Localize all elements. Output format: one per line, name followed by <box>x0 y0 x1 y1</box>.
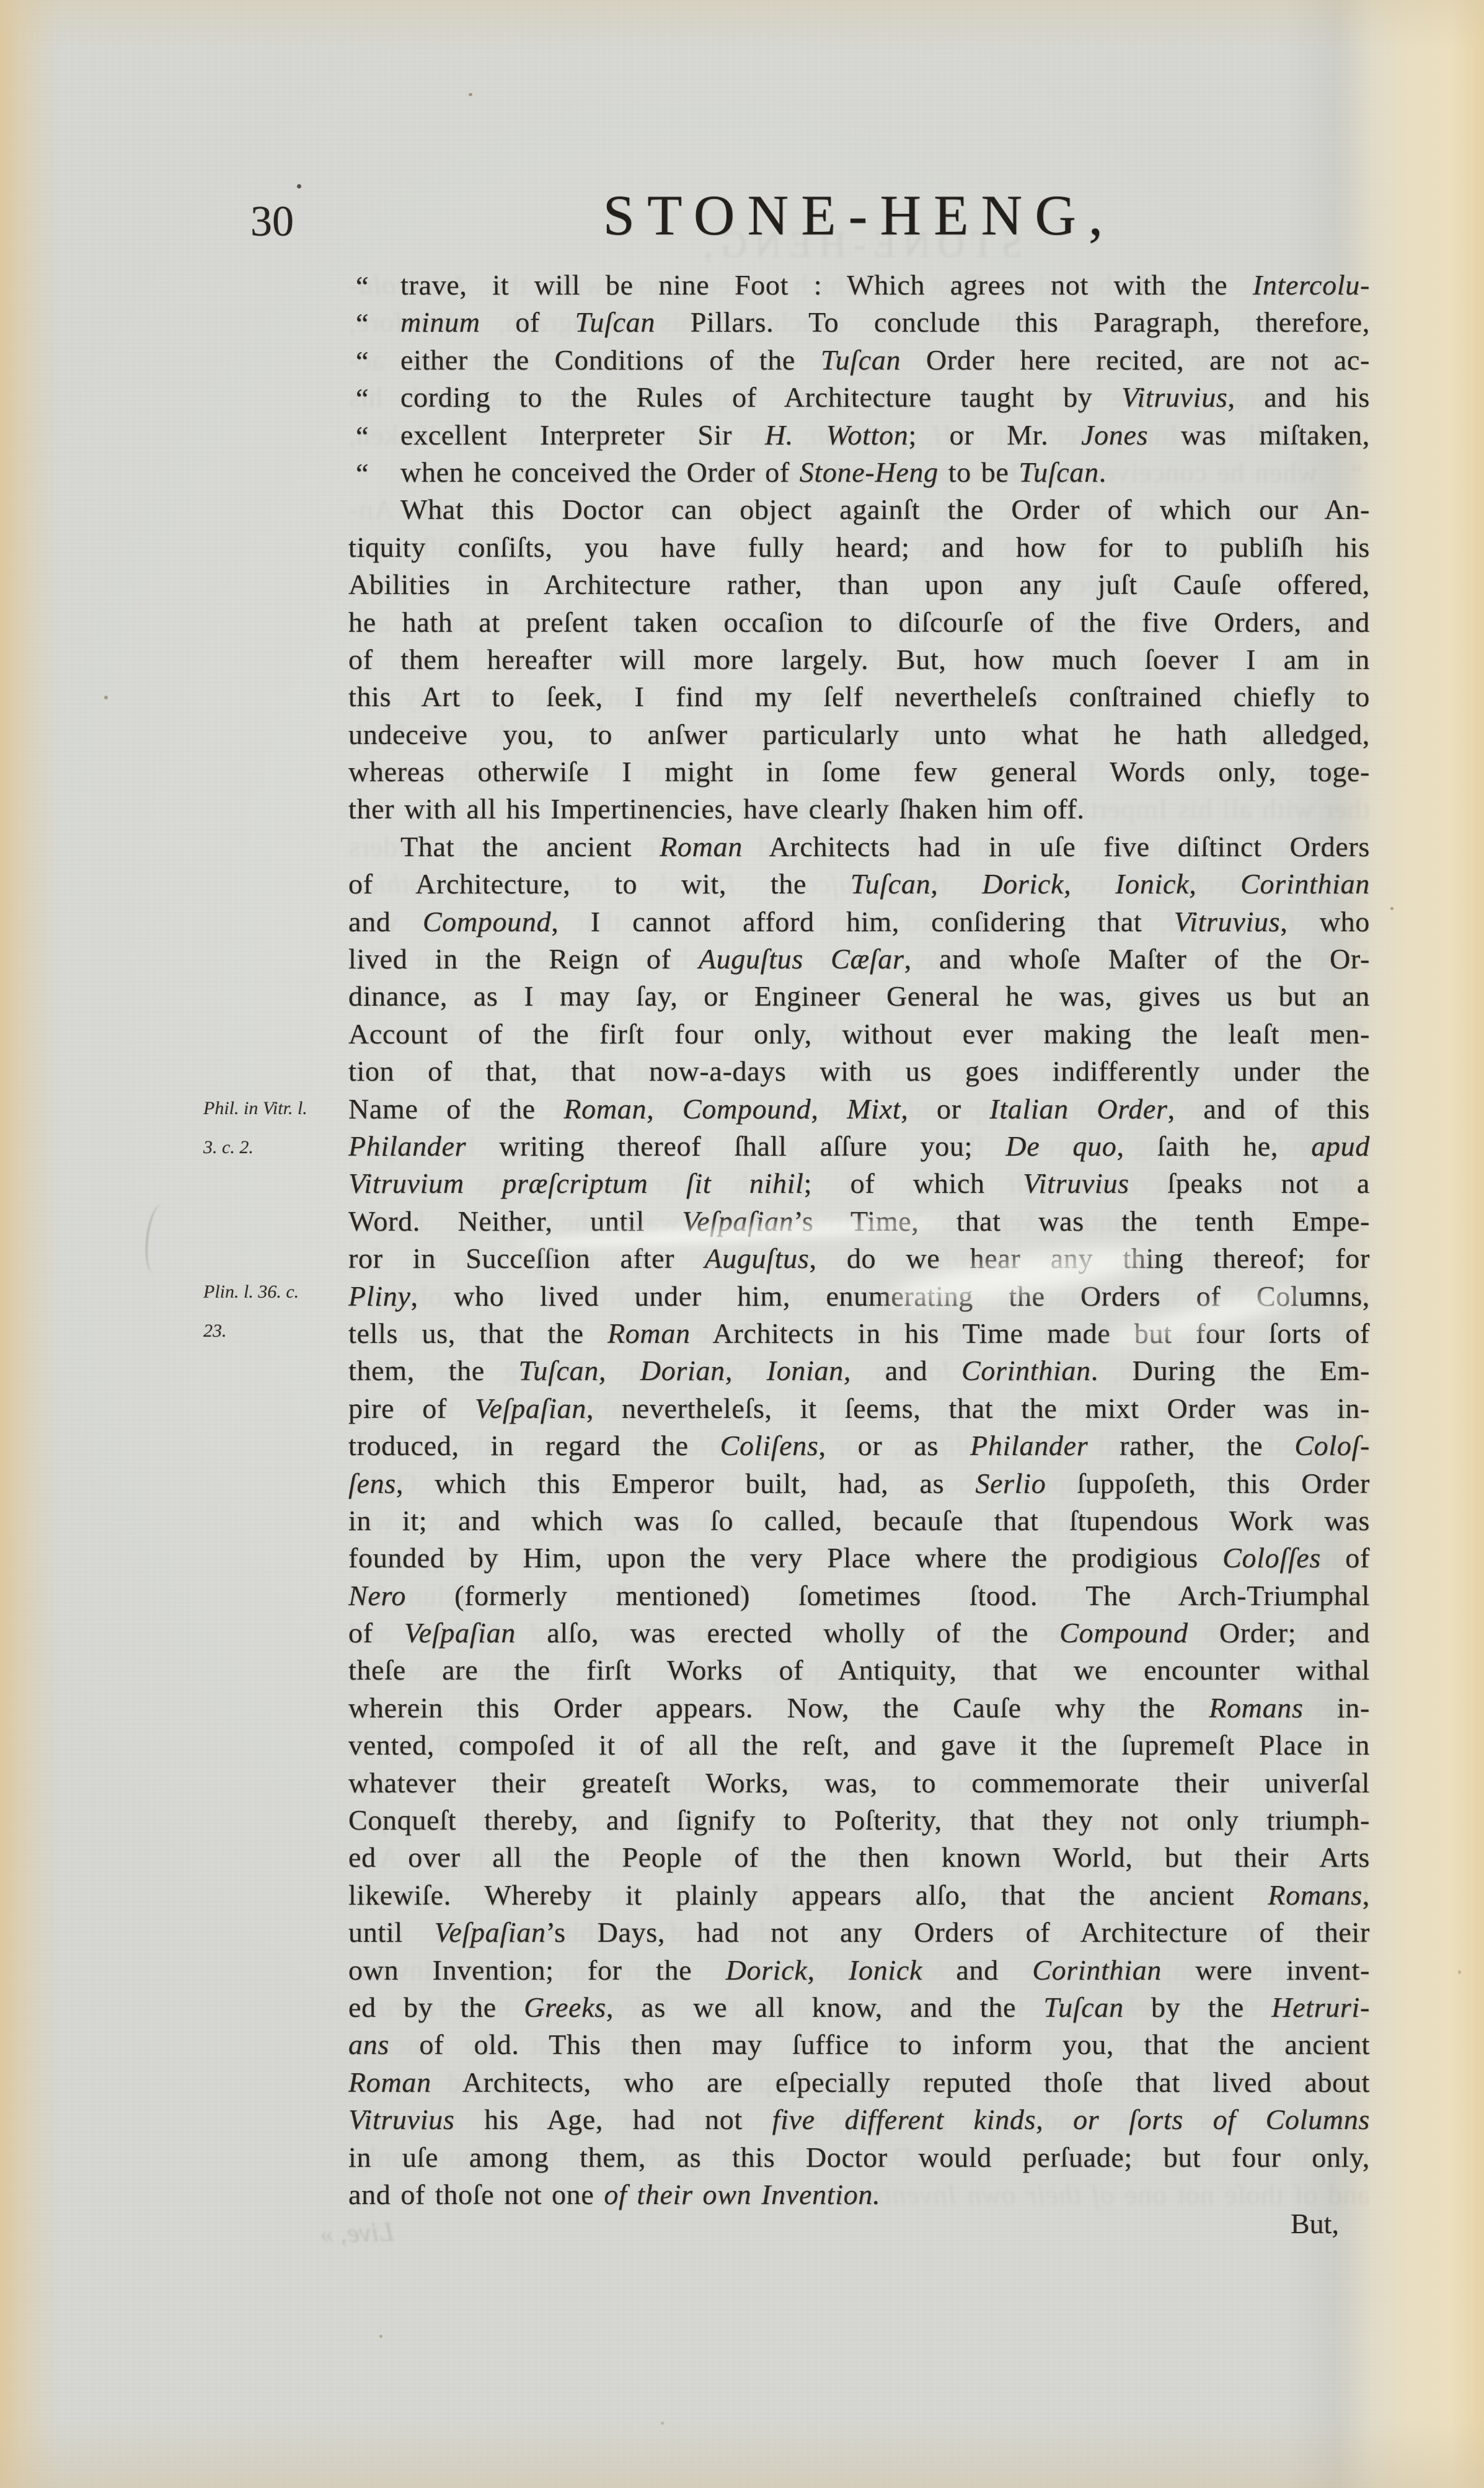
foxing-speck <box>1458 1970 1461 1974</box>
italic-text: Vitruvius <box>1023 1167 1129 1199</box>
body-line: vented, compoſed it of all the reſt, and… <box>348 1727 1370 1764</box>
margin-note-line: 3. c. 2. <box>203 1128 345 1167</box>
body-line: “trave, it will be nine Foot : Which agr… <box>348 267 1370 304</box>
roman-text: , I cannot afford him, conſidering that <box>551 906 1174 937</box>
body-line: That the ancient Roman Architects had in… <box>348 828 1370 865</box>
body-line: theſe are the firſt Works of Antiquity, … <box>348 1652 1370 1689</box>
body-line: Pliny, who lived under him, enumerating … <box>348 1278 1370 1315</box>
roman-text: , and his <box>1228 381 1370 413</box>
body-line: “cording to the Rules of Architecture ta… <box>348 379 1370 416</box>
roman-text: troduced, in regard the <box>348 1430 720 1461</box>
roman-text: , <box>1363 1879 1370 1911</box>
body-line: lived in the Reign of Auguſtus Cæſar, an… <box>348 941 1370 978</box>
roman-text: either the Conditions of the <box>400 344 821 376</box>
catchword: But, <box>1291 2207 1339 2240</box>
body-line: he hath at preſent taken occaſion to diſ… <box>348 604 1370 641</box>
roman-text: . During the Em- <box>1091 1355 1370 1386</box>
roman-text: , or as <box>819 1430 971 1461</box>
body-line: tion of that, that now-a-days with us go… <box>348 1053 1370 1090</box>
roman-text: was miſtaken, <box>1148 419 1370 451</box>
body-line: tells us, that the Roman Architects in h… <box>348 1315 1370 1352</box>
roman-text: , as we all know, and the <box>606 1991 1044 2023</box>
italic-text: Vitruvius <box>1121 381 1227 413</box>
body-line: pire of Veſpaſian, nevertheleſs, it ſeem… <box>348 1390 1370 1427</box>
body-line: Vitruvius his Age, had not five differen… <box>348 2101 1370 2138</box>
body-line: whatever their greateſt Works, was, to c… <box>348 1764 1370 1802</box>
italic-text: apud <box>1311 1130 1370 1162</box>
body-line: Name of the Roman, Compound, Mixt, or It… <box>348 1091 1370 1128</box>
body-line: Word. Neither, until Veſpaſian’s Time, t… <box>348 1203 1370 1240</box>
roman-text: them, the <box>348 1355 519 1386</box>
roman-text: ther with all his Impertinencies, have c… <box>348 793 1085 825</box>
body-line: What this Doctor can object againſt the … <box>348 491 1370 528</box>
roman-text: he hath at preſent taken occaſion to diſ… <box>348 606 1370 638</box>
roman-text: That the ancient <box>400 831 660 862</box>
body-line: whereas otherwiſe I might in ſome few ge… <box>348 753 1370 790</box>
foxing-speck <box>661 2422 664 2425</box>
body-line: Roman Architects, who are eſpecially rep… <box>348 2064 1370 2101</box>
roman-text: to be <box>939 456 1019 488</box>
body-line: troduced, in regard the Coliſens, or as … <box>348 1427 1370 1464</box>
italic-text: Tuſcan, Dorian, Ionian, <box>519 1355 852 1386</box>
roman-text: tion of that, that now-a-days with us go… <box>348 1055 1370 1087</box>
roman-text: alſo, was erected wholly of the <box>516 1617 1059 1649</box>
italic-text: Romans <box>1268 1879 1362 1911</box>
roman-text: , who <box>1280 906 1370 937</box>
roman-text: Conqueſt thereby, and ſignify to Poſteri… <box>348 1804 1370 1836</box>
roman-text: excellent Interpreter Sir <box>400 419 765 451</box>
roman-text: theſe are the firſt Works of Antiquity, … <box>348 1654 1370 1686</box>
body-line: own Invention; for the Dorick, Ionick an… <box>348 1952 1370 1989</box>
roman-text: of them hereafter will more largely. But… <box>348 644 1370 675</box>
italic-text: Compound <box>423 906 551 937</box>
roman-text: in- <box>1304 1692 1370 1724</box>
roman-text: Account of the firſt four only, without … <box>348 1018 1370 1050</box>
quotation-mark: “ <box>356 343 369 380</box>
italic-text: Auguſtus Cæſar <box>699 943 904 975</box>
body-line: “when he conceived the Order of Stone-He… <box>348 454 1370 491</box>
italic-text: Corinthian <box>961 1355 1091 1386</box>
margin-note-pliny: Plin. l. 36. c. 23. <box>203 1272 345 1350</box>
roman-text: and <box>348 906 423 937</box>
italic-text: Auguſtus <box>704 1242 809 1274</box>
body-line: tiquity conſiſts, you have fully heard; … <box>348 529 1370 566</box>
quotation-mark: “ <box>356 380 369 417</box>
italic-text: Tuſcan <box>1018 456 1098 488</box>
roman-text: were invent- <box>1162 1954 1370 1986</box>
roman-text: of <box>348 1617 404 1649</box>
roman-text: by the <box>1124 1991 1271 2023</box>
italic-text: Greeks <box>524 1991 606 2023</box>
roman-text: of Architecture, to wit, the <box>348 868 850 900</box>
body-line: ſens, which this Emperor built, had, as … <box>348 1465 1370 1502</box>
roman-text: trave, it will be nine Foot : Which agre… <box>400 269 1253 301</box>
body-line: in uſe among them, as this Doctor would … <box>348 2139 1370 2176</box>
italic-text: Tuſcan, Dorick, Ionick, Corinthian <box>850 868 1370 900</box>
roman-text: (formerly mentioned) ſometimes ſtood. Th… <box>406 1580 1370 1611</box>
roman-text: Abilities in Architecture rather, than u… <box>348 569 1370 600</box>
body-line: wherein this Order appears. Now, the Cau… <box>348 1689 1370 1727</box>
italic-text: Nero <box>348 1580 406 1611</box>
pressure-mark <box>142 1203 173 1275</box>
italic-text: Coliſens <box>720 1430 819 1461</box>
roman-text: Architects, who are eſpecially reputed t… <box>431 2066 1370 2098</box>
body-line: in it; and which was ſo called, becauſe … <box>348 1502 1370 1539</box>
roman-text: rather, the <box>1088 1430 1294 1461</box>
body-line: founded by Him, upon the very Place wher… <box>348 1539 1370 1577</box>
italic-text: Corinthian <box>1032 1954 1162 1986</box>
roman-text: in it; and which was ſo called, becauſe … <box>348 1505 1370 1536</box>
italic-text: Coloſ- <box>1294 1430 1370 1461</box>
roman-text: of <box>480 306 575 338</box>
roman-text: ; of which <box>804 1167 1023 1199</box>
roman-text: of old. This then may ſuffice to inform … <box>389 2029 1370 2060</box>
roman-text: ’s Time, that was the tenth Empe- <box>793 1205 1370 1237</box>
roman-text: or <box>908 1093 989 1125</box>
italic-text: Italian Order <box>989 1093 1167 1125</box>
italic-text: Vitruvius <box>348 2104 454 2135</box>
body-line: ans of old. This then may ſuffice to inf… <box>348 2026 1370 2063</box>
roman-text: writing thereof ſhall aſſure you; <box>466 1130 1005 1162</box>
roman-text: Architects in his Time made but four ſor… <box>691 1317 1370 1349</box>
roman-text: ror in Succeſſion after <box>348 1242 704 1274</box>
italic-text: Tuſcan <box>821 344 901 376</box>
roman-text: Architects had in uſe five diſtinct Orde… <box>743 831 1370 862</box>
roman-text: , who lived under him, enumerating the O… <box>411 1280 1370 1312</box>
foxing-speck <box>469 93 472 96</box>
quotation-mark: “ <box>356 305 369 342</box>
italic-text: Roman <box>607 1317 691 1349</box>
quotation-mark: “ <box>356 418 369 455</box>
margin-note-philander: Phil. in Vitr. l. 3. c. 2. <box>203 1089 345 1167</box>
roman-text: , which this Emperor built, had, as <box>396 1468 976 1499</box>
roman-text: ed over all the People of the then known… <box>348 1841 1370 1873</box>
roman-text: ſuppoſeth, this Order <box>1046 1468 1370 1499</box>
showthrough-catchword: Live, » <box>319 2216 394 2250</box>
roman-text: when he conceived the Order of <box>400 456 800 488</box>
italic-text: Roman <box>660 831 743 862</box>
roman-text: , ſaith he, <box>1116 1130 1311 1162</box>
roman-text: whatever their greateſt Works, was, to c… <box>348 1767 1370 1799</box>
page-left-edge <box>0 0 59 2488</box>
italic-text: Coloſſes <box>1222 1542 1321 1574</box>
roman-text: pire of <box>348 1392 475 1424</box>
body-line: Account of the firſt four only, without … <box>348 1016 1370 1053</box>
quotation-mark: “ <box>356 455 369 492</box>
roman-text: wherein this Order appears. Now, the Cau… <box>348 1692 1209 1724</box>
roman-text: , and of this <box>1168 1093 1370 1125</box>
italic-text: minum <box>400 306 480 338</box>
roman-text: ; or Mr. <box>908 419 1081 451</box>
body-line: and Compound, I cannot afford him, conſi… <box>348 903 1370 941</box>
roman-text: , nevertheleſs, it ſeems, that the mixt … <box>586 1392 1370 1424</box>
italic-text: Veſpaſian <box>404 1617 516 1649</box>
roman-text: ſpeaks not a <box>1129 1167 1370 1199</box>
roman-text: Name of the <box>348 1093 563 1125</box>
roman-text: tells us, that the <box>348 1317 607 1349</box>
roman-text: and <box>922 1954 1032 1986</box>
roman-text: ’s Days, had not any Orders of Architect… <box>546 1916 1370 1948</box>
roman-text: ed by the <box>348 1991 524 2023</box>
roman-text: and <box>851 1355 961 1386</box>
body-line: Philander writing thereof ſhall aſſure y… <box>348 1128 1370 1165</box>
foxing-speck <box>1390 907 1393 910</box>
italic-text: Dorick, Ionick <box>726 1954 922 1986</box>
body-line: ed by the Greeks, as we all know, and th… <box>348 1989 1370 2026</box>
roman-text: , and whoſe Maſter of the Or- <box>904 943 1370 975</box>
italic-text: five different kinds, or ſorts of Column… <box>772 2104 1370 2135</box>
italic-text: Compound <box>1059 1617 1188 1649</box>
margin-note-line: 23. <box>203 1311 345 1350</box>
body-line: ror in Succeſſion after Auguſtus, do we … <box>348 1240 1370 1277</box>
foxing-speck <box>379 2335 382 2338</box>
body-line: until Veſpaſian’s Days, had not any Orde… <box>348 1914 1370 1951</box>
text-block: “trave, it will be nine Foot : Which agr… <box>348 267 1370 2213</box>
body-line: “excellent Interpreter Sir H. Wotton; or… <box>348 417 1370 454</box>
roman-text: Word. Neither, until <box>348 1205 682 1237</box>
roman-text: own Invention; for the <box>348 1954 726 1986</box>
italic-text: Serlio <box>975 1468 1046 1499</box>
page-number: 30 <box>250 197 294 247</box>
roman-text: cording to the Rules of Architecture tau… <box>400 381 1121 413</box>
italic-text: Tuſcan <box>575 306 655 338</box>
margin-note-line: Plin. l. 36. c. <box>203 1272 345 1311</box>
italic-text: Roman, Compound, Mixt, <box>563 1093 908 1125</box>
italic-text: Philander <box>348 1130 466 1162</box>
italic-text: H. Wotton <box>765 419 909 451</box>
running-title: STONE-HENG, <box>348 182 1370 248</box>
italic-text: De quo <box>1005 1130 1116 1162</box>
roman-text: his Age, had not <box>454 2104 772 2135</box>
body-line: “minum of Tuſcan Pillars. To conclude th… <box>348 304 1370 341</box>
quotation-mark: “ <box>356 268 369 305</box>
page-top-edge <box>0 0 1484 50</box>
italic-text: Philander <box>970 1430 1088 1461</box>
roman-text: this Art to ſeek, I find my ſelf neverth… <box>348 681 1370 712</box>
roman-text: likewiſe. Whereby it plainly appears alſ… <box>348 1879 1268 1911</box>
body-line: of Veſpaſian alſo, was erected wholly of… <box>348 1614 1370 1652</box>
italic-text: of their own Invention. <box>604 2179 880 2210</box>
body-line: them, the Tuſcan, Dorian, Ionian, and Co… <box>348 1352 1370 1389</box>
italic-text: Pliny <box>348 1280 411 1312</box>
body-line: ed over all the People of the then known… <box>348 1839 1370 1876</box>
roman-text: in uſe among them, as this Doctor would … <box>348 2141 1370 2173</box>
roman-text: Order here recited, are not ac- <box>901 344 1370 376</box>
body-line: “either the Conditions of the Tuſcan Ord… <box>348 342 1370 379</box>
body-line: undeceive you, to anſwer particularly un… <box>348 716 1370 753</box>
roman-text: whereas otherwiſe I might in ſome few ge… <box>348 756 1370 787</box>
italic-text: Vitruvium præſcriptum ſit nihil <box>348 1167 804 1199</box>
roman-text: . <box>1099 456 1106 488</box>
roman-text: undeceive you, to anſwer particularly un… <box>348 719 1370 750</box>
roman-text: lived in the Reign of <box>348 943 699 975</box>
foxing-speck <box>297 184 301 188</box>
roman-text: until <box>348 1916 435 1948</box>
body-line: Conqueſt thereby, and ſignify to Poſteri… <box>348 1802 1370 1839</box>
body-line: and of thoſe not one of their own Invent… <box>348 2176 1370 2213</box>
italic-text: Veſpaſian <box>435 1916 546 1948</box>
italic-text: Tuſcan <box>1043 1991 1123 2023</box>
italic-text: Vitruvius <box>1174 906 1280 937</box>
roman-text: dinance, as I may ſay, or Engineer Gener… <box>348 980 1370 1012</box>
roman-text: Pillars. To conclude this Paragraph, the… <box>655 306 1370 338</box>
roman-text: , do we hear any thing thereof; for <box>809 1242 1370 1274</box>
body-line: dinance, as I may ſay, or Engineer Gener… <box>348 978 1370 1015</box>
body-line: this Art to ſeek, I find my ſelf neverth… <box>348 678 1370 715</box>
italic-text: Veſpaſian <box>475 1392 586 1424</box>
body-line: Abilities in Architecture rather, than u… <box>348 566 1370 603</box>
italic-text: Roman <box>348 2066 431 2098</box>
body-line: Vitruvium præſcriptum ſit nihil; of whic… <box>348 1165 1370 1202</box>
roman-text: of <box>1321 1542 1370 1574</box>
roman-text: and of thoſe not one <box>348 2179 604 2210</box>
italic-text: Jones <box>1081 419 1148 451</box>
italic-text: Romans <box>1209 1692 1303 1724</box>
italic-text: ſens <box>348 1468 396 1499</box>
roman-text: What this Doctor can object againſt the … <box>400 494 1370 525</box>
italic-text: Veſpaſian <box>682 1205 793 1237</box>
italic-text: Intercolu- <box>1253 269 1370 301</box>
body-line: of them hereafter will more largely. But… <box>348 641 1370 678</box>
roman-text: tiquity conſiſts, you have fully heard; … <box>348 531 1370 563</box>
page-bottom-edge <box>0 2420 1484 2488</box>
body-line: of Architecture, to wit, the Tuſcan, Dor… <box>348 865 1370 903</box>
roman-text: founded by Him, upon the very Place wher… <box>348 1542 1222 1574</box>
roman-text: vented, compoſed it of all the reſt, and… <box>348 1729 1370 1761</box>
italic-text: Hetruri- <box>1271 1991 1370 2023</box>
body-line: Nero (formerly mentioned) ſometimes ſtoo… <box>348 1577 1370 1614</box>
body-line: likewiſe. Whereby it plainly appears alſ… <box>348 1877 1370 1914</box>
foxing-speck <box>104 696 108 699</box>
roman-text: Order; and <box>1188 1617 1370 1649</box>
book-page: STONE-HENG, “trave, it will be nine Foot… <box>0 0 1484 2488</box>
margin-note-line: Phil. in Vitr. l. <box>203 1089 345 1128</box>
italic-text: Stone-Heng <box>800 456 939 488</box>
italic-text: ans <box>348 2029 389 2060</box>
body-line: ther with all his Impertinencies, have c… <box>348 790 1370 828</box>
